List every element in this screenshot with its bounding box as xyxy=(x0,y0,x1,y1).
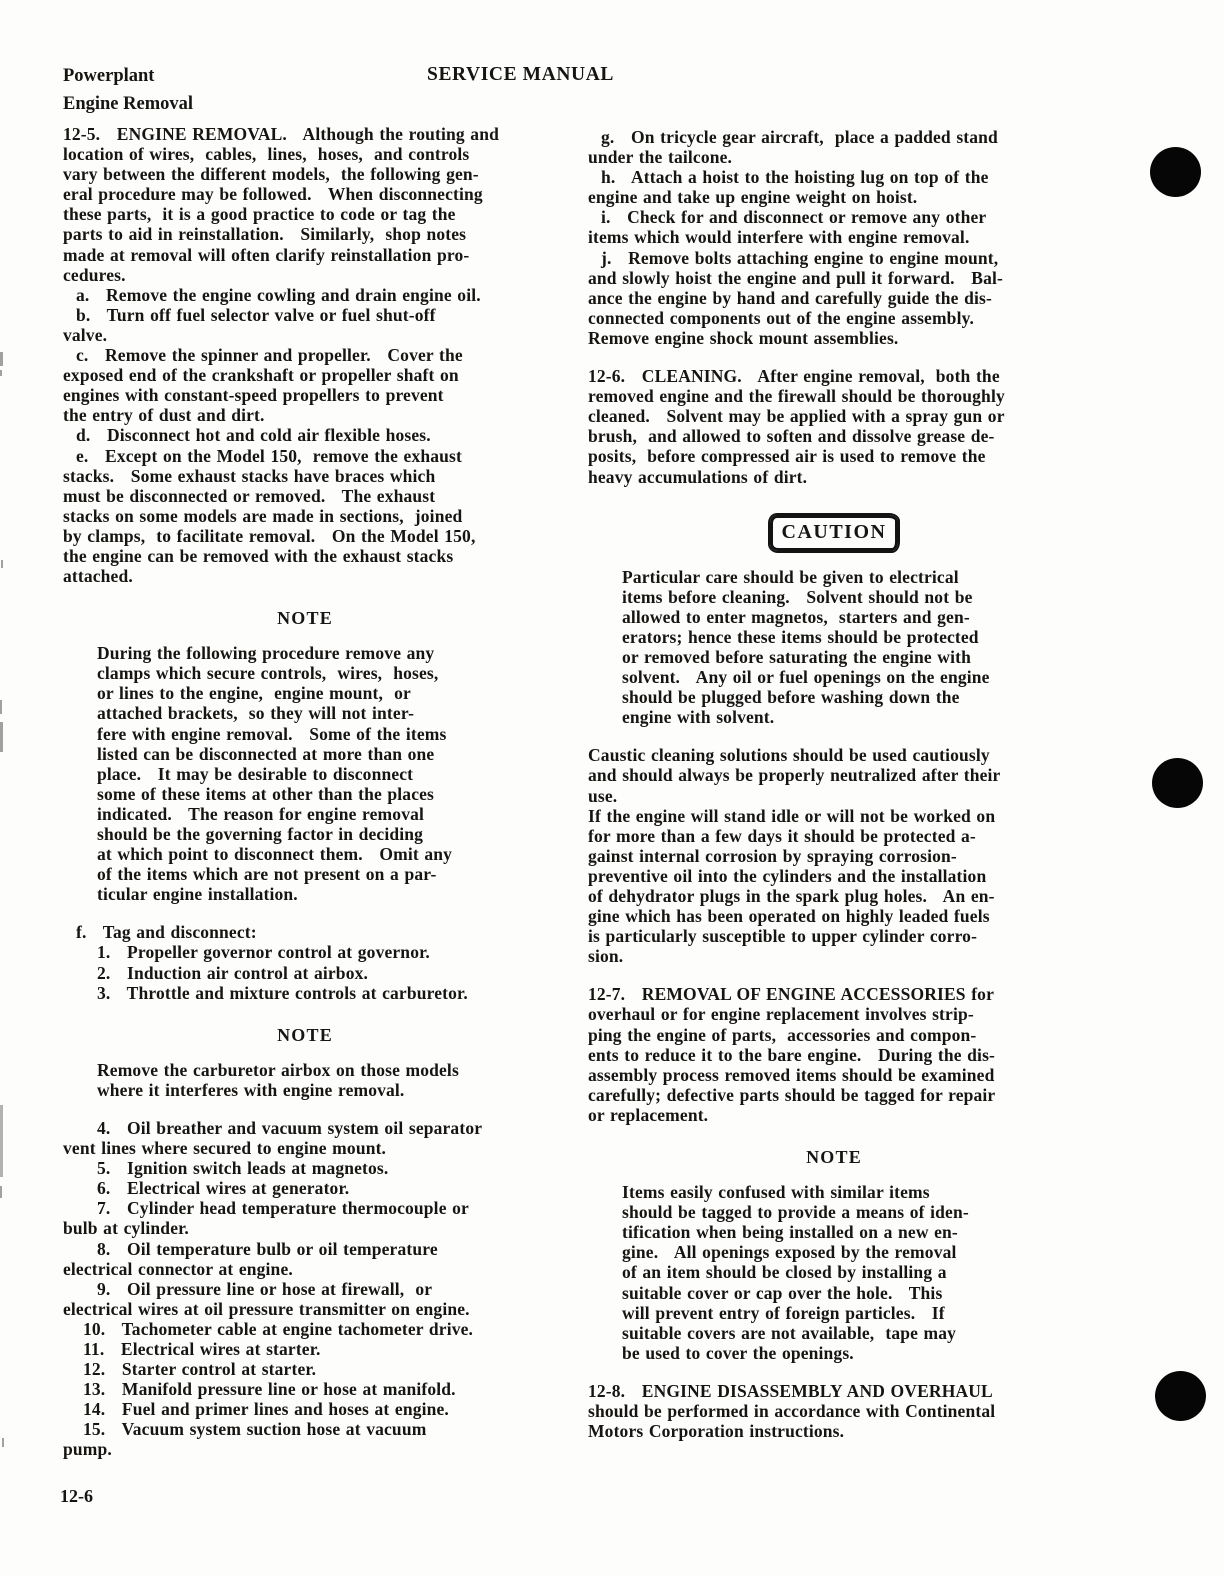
text-line: 3. Throttle and mixture controls at carb… xyxy=(97,983,547,1003)
registration-dot-icon xyxy=(1152,758,1203,808)
scan-artifact xyxy=(0,722,3,752)
text-line: the entry of dust and dirt. xyxy=(63,405,547,425)
text-line: engines with constant-speed propellers t… xyxy=(63,385,547,405)
caution-heading: CAUTION xyxy=(770,515,899,551)
paragraph: Caustic cleaning solutions should be use… xyxy=(588,745,1080,966)
text-line: 13. Manifold pressure line or hose at ma… xyxy=(83,1379,547,1399)
text-line: Remove engine shock mount assemblies. xyxy=(588,328,1080,348)
text-line: ance the engine by hand and carefully gu… xyxy=(588,288,1080,308)
right-column: g. On tricycle gear aircraft, place a pa… xyxy=(588,127,1080,1441)
text-line: 2. Induction air control at airbox. xyxy=(97,963,547,983)
text-line: carefully; defective parts should be tag… xyxy=(588,1085,1080,1105)
text-line: should be tagged to provide a means of i… xyxy=(622,1202,1080,1222)
text-line: ticular engine installation. xyxy=(97,884,547,904)
text-line: 1. Propeller governor control at governo… xyxy=(97,942,547,962)
text-line: brush, and allowed to soften and dissolv… xyxy=(588,426,1080,446)
text-line: suitable covers are not available, tape … xyxy=(622,1323,1080,1343)
paragraph: 12-6. CLEANING. After engine removal, bo… xyxy=(588,366,1080,487)
text-line: must be disconnected or removed. The exh… xyxy=(63,486,547,506)
text-line: stacks on some models are made in sectio… xyxy=(63,506,547,526)
text-line: items which would interfere with engine … xyxy=(588,227,1080,247)
text-line: location of wires, cables, lines, hoses,… xyxy=(63,144,547,164)
scan-artifact xyxy=(0,370,2,376)
text-line: the engine can be removed with the exhau… xyxy=(63,546,547,566)
text-line: is particularly susceptible to upper cyl… xyxy=(588,926,1080,946)
text-line: Remove the carburetor airbox on those mo… xyxy=(97,1060,547,1080)
text-line: overhaul or for engine replacement invol… xyxy=(588,1004,1080,1024)
text-line: 5. Ignition switch leads at magnetos. xyxy=(97,1158,547,1178)
text-line: heavy accumulations of dirt. xyxy=(588,467,1080,487)
text-line: of an item should be closed by installin… xyxy=(622,1262,1080,1282)
registration-dot-icon xyxy=(1150,147,1201,197)
text-line: d. Disconnect hot and cold air flexible … xyxy=(76,425,547,445)
text-line: vent lines where secured to engine mount… xyxy=(63,1138,547,1158)
text-line: a. Remove the engine cowling and drain e… xyxy=(76,285,547,305)
text-line: gine. All openings exposed by the remova… xyxy=(622,1242,1080,1262)
text-line: e. Except on the Model 150, remove the e… xyxy=(76,446,547,466)
text-line: solvent. Any oil or fuel openings on the… xyxy=(622,667,1080,687)
text-line: some of these items at other than the pl… xyxy=(97,784,547,804)
text-line: g. On tricycle gear aircraft, place a pa… xyxy=(601,127,1080,147)
caution-box-wrapper: CAUTION xyxy=(588,515,1080,551)
text-line: 12-6. CLEANING. After engine removal, bo… xyxy=(588,366,1080,386)
text-line: j. Remove bolts attaching engine to engi… xyxy=(601,248,1080,268)
text-line: or removed before saturating the engine … xyxy=(622,647,1080,667)
note-heading: NOTE xyxy=(63,1025,547,1046)
text-line: stacks. Some exhaust stacks have braces … xyxy=(63,466,547,486)
text-line: by clamps, to facilitate removal. On the… xyxy=(63,526,547,546)
text-line: engine and take up engine weight on hois… xyxy=(588,187,1080,207)
text-line: bulb at cylinder. xyxy=(63,1218,547,1238)
text-line: Items easily confused with similar items xyxy=(622,1182,1080,1202)
text-line: sion. xyxy=(588,946,1080,966)
text-line: 4. Oil breather and vacuum system oil se… xyxy=(97,1118,547,1138)
text-line: be used to cover the openings. xyxy=(622,1343,1080,1363)
text-line: connected components out of the engine a… xyxy=(588,308,1080,328)
text-line: or replacement. xyxy=(588,1105,1080,1125)
paragraph: 4. Oil breather and vacuum system oil se… xyxy=(63,1118,547,1460)
text-line: eral procedure may be followed. When dis… xyxy=(63,184,547,204)
text-line: where it interferes with engine removal. xyxy=(97,1080,547,1100)
text-line: should be plugged before washing down th… xyxy=(622,687,1080,707)
paragraph: Remove the carburetor airbox on those mo… xyxy=(63,1060,547,1100)
text-line: indicated. The reason for engine removal xyxy=(97,804,547,824)
text-line: will prevent entry of foreign particles.… xyxy=(622,1303,1080,1323)
paragraph: g. On tricycle gear aircraft, place a pa… xyxy=(588,127,1080,348)
paragraph: Particular care should be given to elect… xyxy=(588,567,1080,728)
text-line: ping the engine of parts, accessories an… xyxy=(588,1025,1080,1045)
paragraph: 12-8. ENGINE DISASSEMBLY AND OVERHAULsho… xyxy=(588,1381,1080,1441)
text-line: and slowly hoist the engine and pull it … xyxy=(588,268,1080,288)
text-line: attached brackets, so they will not inte… xyxy=(97,703,547,723)
text-line: parts to aid in reinstallation. Similarl… xyxy=(63,224,547,244)
text-line: exposed end of the crankshaft or propell… xyxy=(63,365,547,385)
text-line: listed can be disconnected at more than … xyxy=(97,744,547,764)
scan-artifact xyxy=(0,1105,3,1177)
scan-artifact xyxy=(0,352,3,366)
text-line: 9. Oil pressure line or hose at firewall… xyxy=(97,1279,547,1299)
paragraph: Items easily confused with similar items… xyxy=(588,1182,1080,1363)
text-line: place. It may be desirable to disconnect xyxy=(97,764,547,784)
text-line: 12-5. ENGINE REMOVAL. Although the routi… xyxy=(63,124,547,144)
text-line: f. Tag and disconnect: xyxy=(76,922,547,942)
text-line: cleaned. Solvent may be applied with a s… xyxy=(588,406,1080,426)
text-line: under the tailcone. xyxy=(588,147,1080,167)
paragraph: During the following procedure remove an… xyxy=(63,643,547,904)
text-line: for more than a few days it should be pr… xyxy=(588,826,1080,846)
text-line: 12-8. ENGINE DISASSEMBLY AND OVERHAUL xyxy=(588,1381,1080,1401)
page-number: 12-6 xyxy=(60,1486,93,1507)
scan-artifact xyxy=(0,700,2,714)
text-line: vary between the different models, the f… xyxy=(63,164,547,184)
text-line: If the engine will stand idle or will no… xyxy=(588,806,1080,826)
text-line: 7. Cylinder head temperature thermocoupl… xyxy=(97,1198,547,1218)
manual-page: Powerplant Engine Removal SERVICE MANUAL… xyxy=(0,0,1224,1576)
text-line: h. Attach a hoist to the hoisting lug on… xyxy=(601,167,1080,187)
left-column: 12-5. ENGINE REMOVAL. Although the routi… xyxy=(63,124,547,1460)
text-line: c. Remove the spinner and propeller. Cov… xyxy=(76,345,547,365)
page-title: SERVICE MANUAL xyxy=(427,64,614,86)
paragraph: f. Tag and disconnect:1. Propeller gover… xyxy=(63,922,547,1002)
note-heading: NOTE xyxy=(588,1147,1080,1168)
text-line: items before cleaning. Solvent should no… xyxy=(622,587,1080,607)
text-line: removed engine and the firewall should b… xyxy=(588,386,1080,406)
note-heading: NOTE xyxy=(63,608,547,629)
text-line: Particular care should be given to elect… xyxy=(622,567,1080,587)
text-line: gainst internal corrosion by spraying co… xyxy=(588,846,1080,866)
text-line: gine which has been operated on highly l… xyxy=(588,906,1080,926)
text-line: 6. Electrical wires at generator. xyxy=(97,1178,547,1198)
text-line: 8. Oil temperature bulb or oil temperatu… xyxy=(97,1239,547,1259)
text-line: these parts, it is a good practice to co… xyxy=(63,204,547,224)
scan-artifact xyxy=(1,560,3,568)
text-line: assembly process removed items should be… xyxy=(588,1065,1080,1085)
text-line: tification when being installed on a new… xyxy=(622,1222,1080,1242)
text-line: suitable cover or cap over the hole. Thi… xyxy=(622,1283,1080,1303)
paragraph: 12-7. REMOVAL OF ENGINE ACCESSORIES foro… xyxy=(588,984,1080,1125)
header-chapter-label: Powerplant Engine Removal xyxy=(63,62,193,118)
text-line: 12-7. REMOVAL OF ENGINE ACCESSORIES for xyxy=(588,984,1080,1004)
text-line: and should always be properly neutralize… xyxy=(588,765,1080,785)
scan-artifact xyxy=(2,1438,4,1447)
text-line: electrical wires at oil pressure transmi… xyxy=(63,1299,547,1319)
text-line: During the following procedure remove an… xyxy=(97,643,547,663)
text-line: use. xyxy=(588,786,1080,806)
text-line: clamps which secure controls, wires, hos… xyxy=(97,663,547,683)
text-line: fere with engine removal. Some of the it… xyxy=(97,724,547,744)
text-line: made at removal will often clarify reins… xyxy=(63,245,547,265)
text-line: Caustic cleaning solutions should be use… xyxy=(588,745,1080,765)
text-line: 11. Electrical wires at starter. xyxy=(83,1339,547,1359)
text-line: 12. Starter control at starter. xyxy=(83,1359,547,1379)
text-line: should be the governing factor in decidi… xyxy=(97,824,547,844)
text-line: of the items which are not present on a … xyxy=(97,864,547,884)
text-line: allowed to enter magnetos, starters and … xyxy=(622,607,1080,627)
text-line: engine with solvent. xyxy=(622,707,1080,727)
text-line: 15. Vacuum system suction hose at vacuum xyxy=(83,1419,547,1439)
text-line: at which point to disconnect them. Omit … xyxy=(97,844,547,864)
registration-dot-icon xyxy=(1155,1371,1206,1421)
text-line: electrical connector at engine. xyxy=(63,1259,547,1279)
text-line: posits, before compressed air is used to… xyxy=(588,446,1080,466)
text-line: or lines to the engine, engine mount, or xyxy=(97,683,547,703)
text-line: of dehydrator plugs in the spark plug ho… xyxy=(588,886,1080,906)
text-line: i. Check for and disconnect or remove an… xyxy=(601,207,1080,227)
text-line: ents to reduce it to the bare engine. Du… xyxy=(588,1045,1080,1065)
text-line: cedures. xyxy=(63,265,547,285)
scan-artifact xyxy=(0,1186,2,1198)
paragraph: 12-5. ENGINE REMOVAL. Although the routi… xyxy=(63,124,547,586)
text-line: 10. Tachometer cable at engine tachomete… xyxy=(83,1319,547,1339)
text-line: Motors Corporation instructions. xyxy=(588,1421,1080,1441)
text-line: preventive oil into the cylinders and th… xyxy=(588,866,1080,886)
text-line: erators; hence these items should be pro… xyxy=(622,627,1080,647)
text-line: should be performed in accordance with C… xyxy=(588,1401,1080,1421)
text-line: valve. xyxy=(63,325,547,345)
text-line: 14. Fuel and primer lines and hoses at e… xyxy=(83,1399,547,1419)
text-line: attached. xyxy=(63,566,547,586)
text-line: b. Turn off fuel selector valve or fuel … xyxy=(76,305,547,325)
text-line: pump. xyxy=(63,1439,547,1459)
